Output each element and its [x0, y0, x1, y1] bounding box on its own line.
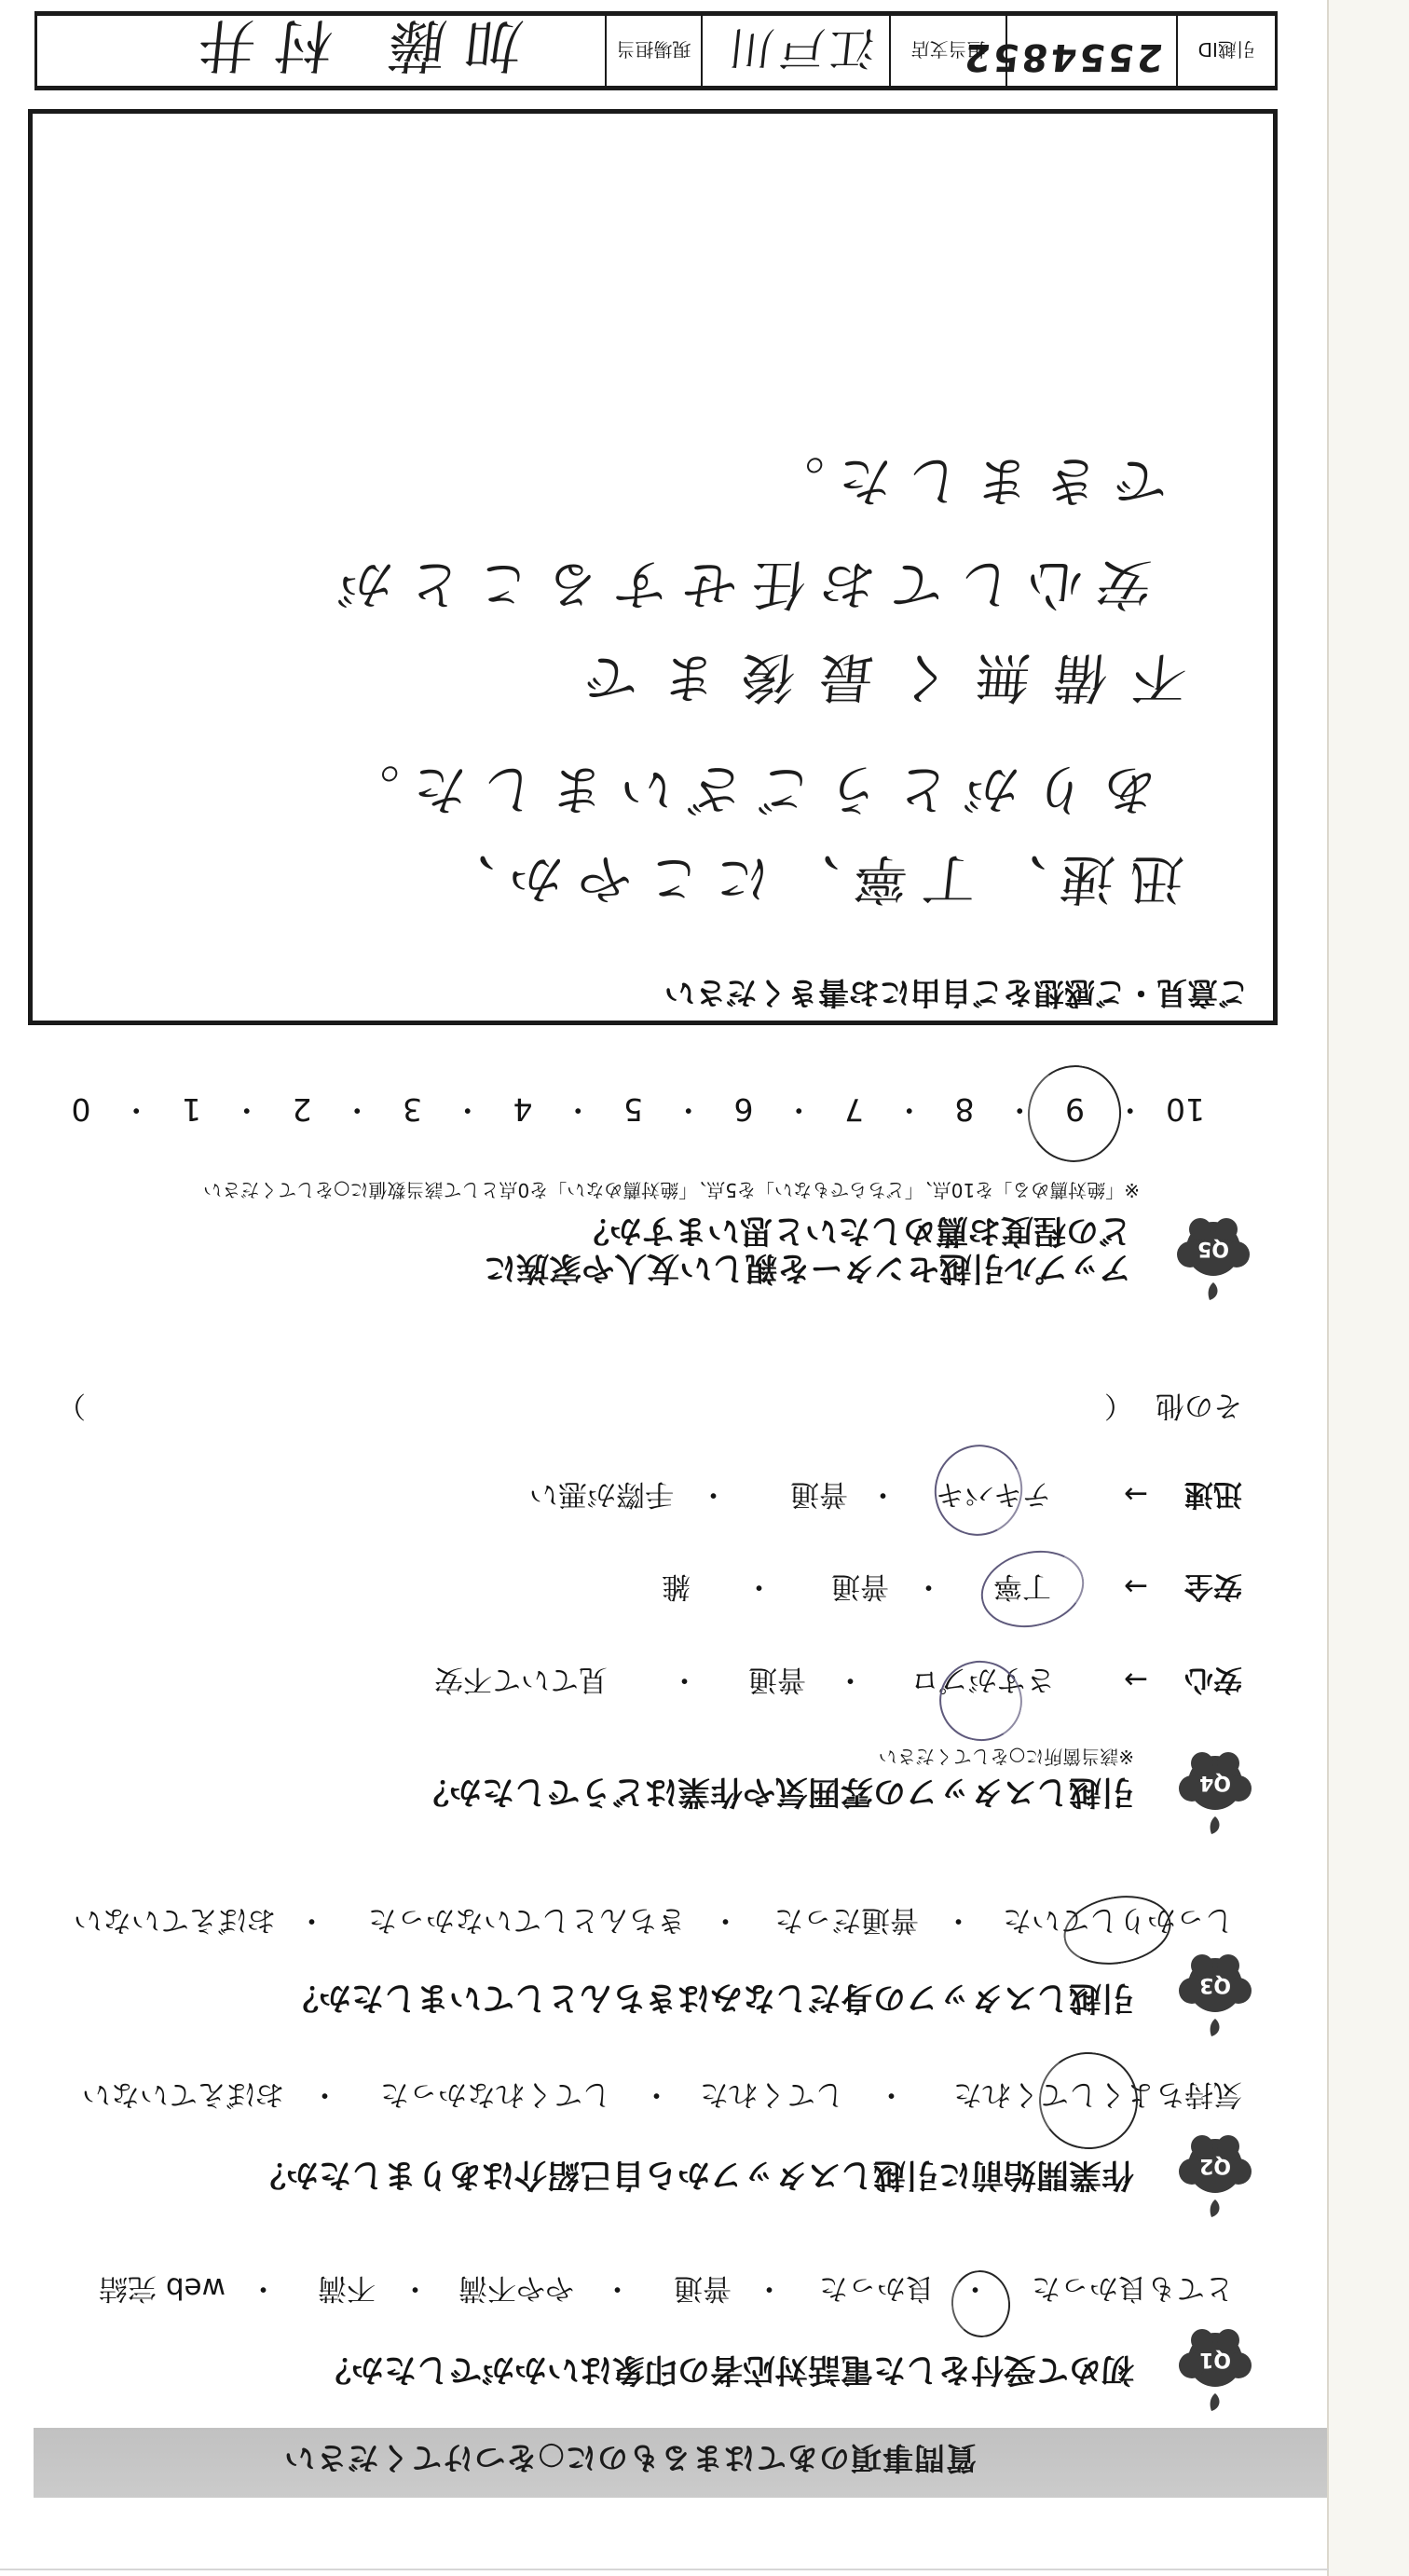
separator: ・ [297, 1903, 326, 1937]
q4-category-jinsoku: 迅速 [1184, 1477, 1242, 1511]
q1-option: とても良かった [1032, 2271, 1234, 2305]
q4-other-label: その他 [1156, 1389, 1242, 1422]
q4-question: 引越しスタッフの雰囲気や作業はどうでしたか？ [417, 1773, 1134, 1810]
separator: ・ [914, 1569, 943, 1603]
q1-option: web 完結 [99, 2271, 226, 2305]
q4-option: 雑 [662, 1569, 691, 1603]
q3-label: Q3 [1178, 1973, 1252, 1996]
q3-question: 引越しスタッフの身だしなみはきちんとしていましたか？ [286, 1979, 1134, 2016]
handwritten-comment-line: 迅速、丁寧、にこやか、 [421, 846, 1186, 911]
q5-label: Q5 [1176, 1237, 1251, 1260]
handwritten-comment-line: 安心してお任せすることが [320, 552, 1154, 617]
separator: ・ [603, 2271, 632, 2305]
separator: ・ [711, 1903, 740, 1937]
arrow-right-icon: → [1124, 1477, 1148, 1511]
q5-note: ※「絶対薦める」を10点、「どちらでもない」を5点、「絶対薦めない」を0点として… [203, 1179, 1140, 1201]
staff-value: 加藤 村井 [175, 8, 527, 91]
q4-option: 見ていて不安 [434, 1663, 608, 1696]
branch-value-cell: 江戸川 [703, 16, 891, 86]
separator: ・ [225, 1092, 270, 1126]
move-id-label: 引越ID [1178, 16, 1275, 86]
q2-question: 作業開始前に引越しスタッフから自己紹介はありましたか？ [253, 2156, 1134, 2193]
q4-category-anzen: 安全 [1184, 1569, 1242, 1603]
scale-value: 3 [380, 1092, 445, 1126]
paper-edge [0, 2569, 1329, 2570]
q5-question-line1: アップル引越センターを親しい友人や家族に [484, 1249, 1131, 1286]
handwritten-comment-line: できました。 [750, 448, 1170, 514]
separator: ・ [445, 1092, 491, 1126]
separator: ・ [944, 1903, 973, 1937]
scale-value: 10 [1153, 1092, 1218, 1126]
q4-note: ※該当箇所に○をしてください [879, 1746, 1134, 1768]
move-id-value-cell: 2554852 [1007, 16, 1178, 86]
q3-apple-icon: Q3 [1178, 1952, 1252, 2037]
q1-option: 良かった [819, 2271, 935, 2305]
branch-label: 担当支店 [891, 16, 1005, 86]
q5-apple-icon: Q5 [1176, 1215, 1251, 1301]
close-paren: ） [57, 1389, 86, 1422]
instructions-band: 質問事項のあてはまるものに○をつけてください [34, 2428, 1327, 2498]
q3-option: 普通だった [774, 1903, 919, 1937]
open-paren: （ [1104, 1389, 1133, 1422]
separator: ・ [745, 1569, 773, 1603]
q1-option: やや不満 [458, 2271, 574, 2305]
separator: ・ [555, 1092, 601, 1126]
q3-option: おぼえていない [74, 1903, 276, 1937]
scale-value: 2 [269, 1092, 335, 1126]
scale-value: 8 [932, 1092, 997, 1126]
instructions-text: 質問事項のあてはまるものに○をつけてください [283, 2438, 977, 2482]
q2-selection-circle [1033, 2046, 1143, 2156]
q4-apple-icon: Q4 [1178, 1749, 1252, 1835]
scale-value: 1 [159, 1092, 225, 1126]
move-info-table: 引越ID 2554852 担当支店 江戸川 現場担当 加藤 村井 [34, 11, 1278, 90]
q1-apple-icon: Q1 [1178, 2326, 1252, 2412]
scale-value: 0 [48, 1092, 114, 1126]
separator: ・ [310, 2077, 339, 2111]
separator: ・ [869, 1477, 897, 1511]
q4-label: Q4 [1178, 1771, 1252, 1794]
scale-value: 4 [490, 1092, 555, 1126]
scale-value: 6 [711, 1092, 776, 1126]
q4-category-anshin: 安心 [1184, 1663, 1242, 1696]
q4-option: 普通 [831, 1569, 889, 1603]
handwritten-comment-line: 不備無く最後まで [556, 645, 1189, 710]
scale-value-selected: 9 [1043, 1092, 1108, 1126]
separator: ・ [776, 1092, 822, 1126]
q3-option: きちんとしていなかった [368, 1903, 686, 1937]
q1-option: 不満 [318, 2271, 376, 2305]
separator: ・ [836, 1663, 865, 1696]
scale-value: 5 [601, 1092, 666, 1126]
separator: ・ [335, 1092, 380, 1126]
separator: ・ [755, 2271, 784, 2305]
q1-question: 初めて受付をした電話対応者の印象はいかがでしたか？ [319, 2350, 1134, 2388]
q4-anzen-selection-circle [973, 1541, 1092, 1638]
separator: ・ [887, 1092, 933, 1126]
handwritten-comment-line: ありがとうございました。 [325, 757, 1159, 822]
q3-selection-circle [1059, 1887, 1177, 1972]
scan-margin [1327, 0, 1409, 2576]
q4-option: 普通 [748, 1663, 806, 1696]
separator: ・ [249, 2271, 278, 2305]
staff-label: 現場担当 [607, 16, 701, 86]
separator: ・ [877, 2077, 906, 2111]
separator: ・ [670, 1663, 699, 1696]
separator: ・ [114, 1092, 159, 1126]
q4-jinsoku-selection-circle [923, 1433, 1034, 1547]
q1-selection-circle [948, 2268, 1013, 2340]
separator: ・ [666, 1092, 712, 1126]
q4-option: 普通 [790, 1477, 848, 1511]
q2-label: Q2 [1178, 2154, 1252, 2177]
arrow-right-icon: → [1124, 1663, 1148, 1696]
staff-label-cell: 現場担当 [607, 16, 703, 86]
branch-value: 江戸川 [719, 20, 877, 84]
comment-box-label: ご意見・ご感想をご自由にお書きください [664, 975, 1249, 1010]
branch-label-cell: 担当支店 [891, 16, 1007, 86]
separator: ・ [401, 2271, 430, 2305]
q2-option: してくれた [700, 2077, 844, 2111]
q2-option: おぼえていない [82, 2077, 284, 2111]
survey-form-sheet: 質問事項のあてはまるものに○をつけてください Q1 初めて受付をした電話対応者の… [0, 0, 1409, 2576]
q1-label: Q1 [1178, 2348, 1252, 2371]
arrow-right-icon: → [1124, 1569, 1148, 1603]
separator: ・ [699, 1477, 728, 1511]
scale-value: 7 [822, 1092, 887, 1126]
q5-recommend-scale: 10 ・ 9 ・ 8 ・ 7 ・ 6 ・ 5 ・ 4 ・ 3 ・ 2 ・ 1 ・… [48, 1092, 1218, 1126]
q1-option: 普通 [674, 2271, 732, 2305]
q5-selection-circle [1020, 1058, 1129, 1170]
q4-option: 手際が悪い [529, 1477, 674, 1511]
q2-apple-icon: Q2 [1178, 2132, 1252, 2218]
q2-option: してくれなかった [380, 2077, 611, 2111]
separator: ・ [642, 2077, 671, 2111]
q5-question-line2: どの程度お薦めしたいと思いますか？ [577, 1212, 1131, 1249]
move-id-label-cell: 引越ID [1178, 16, 1275, 86]
staff-value-cell: 加藤 村井 [37, 16, 607, 86]
